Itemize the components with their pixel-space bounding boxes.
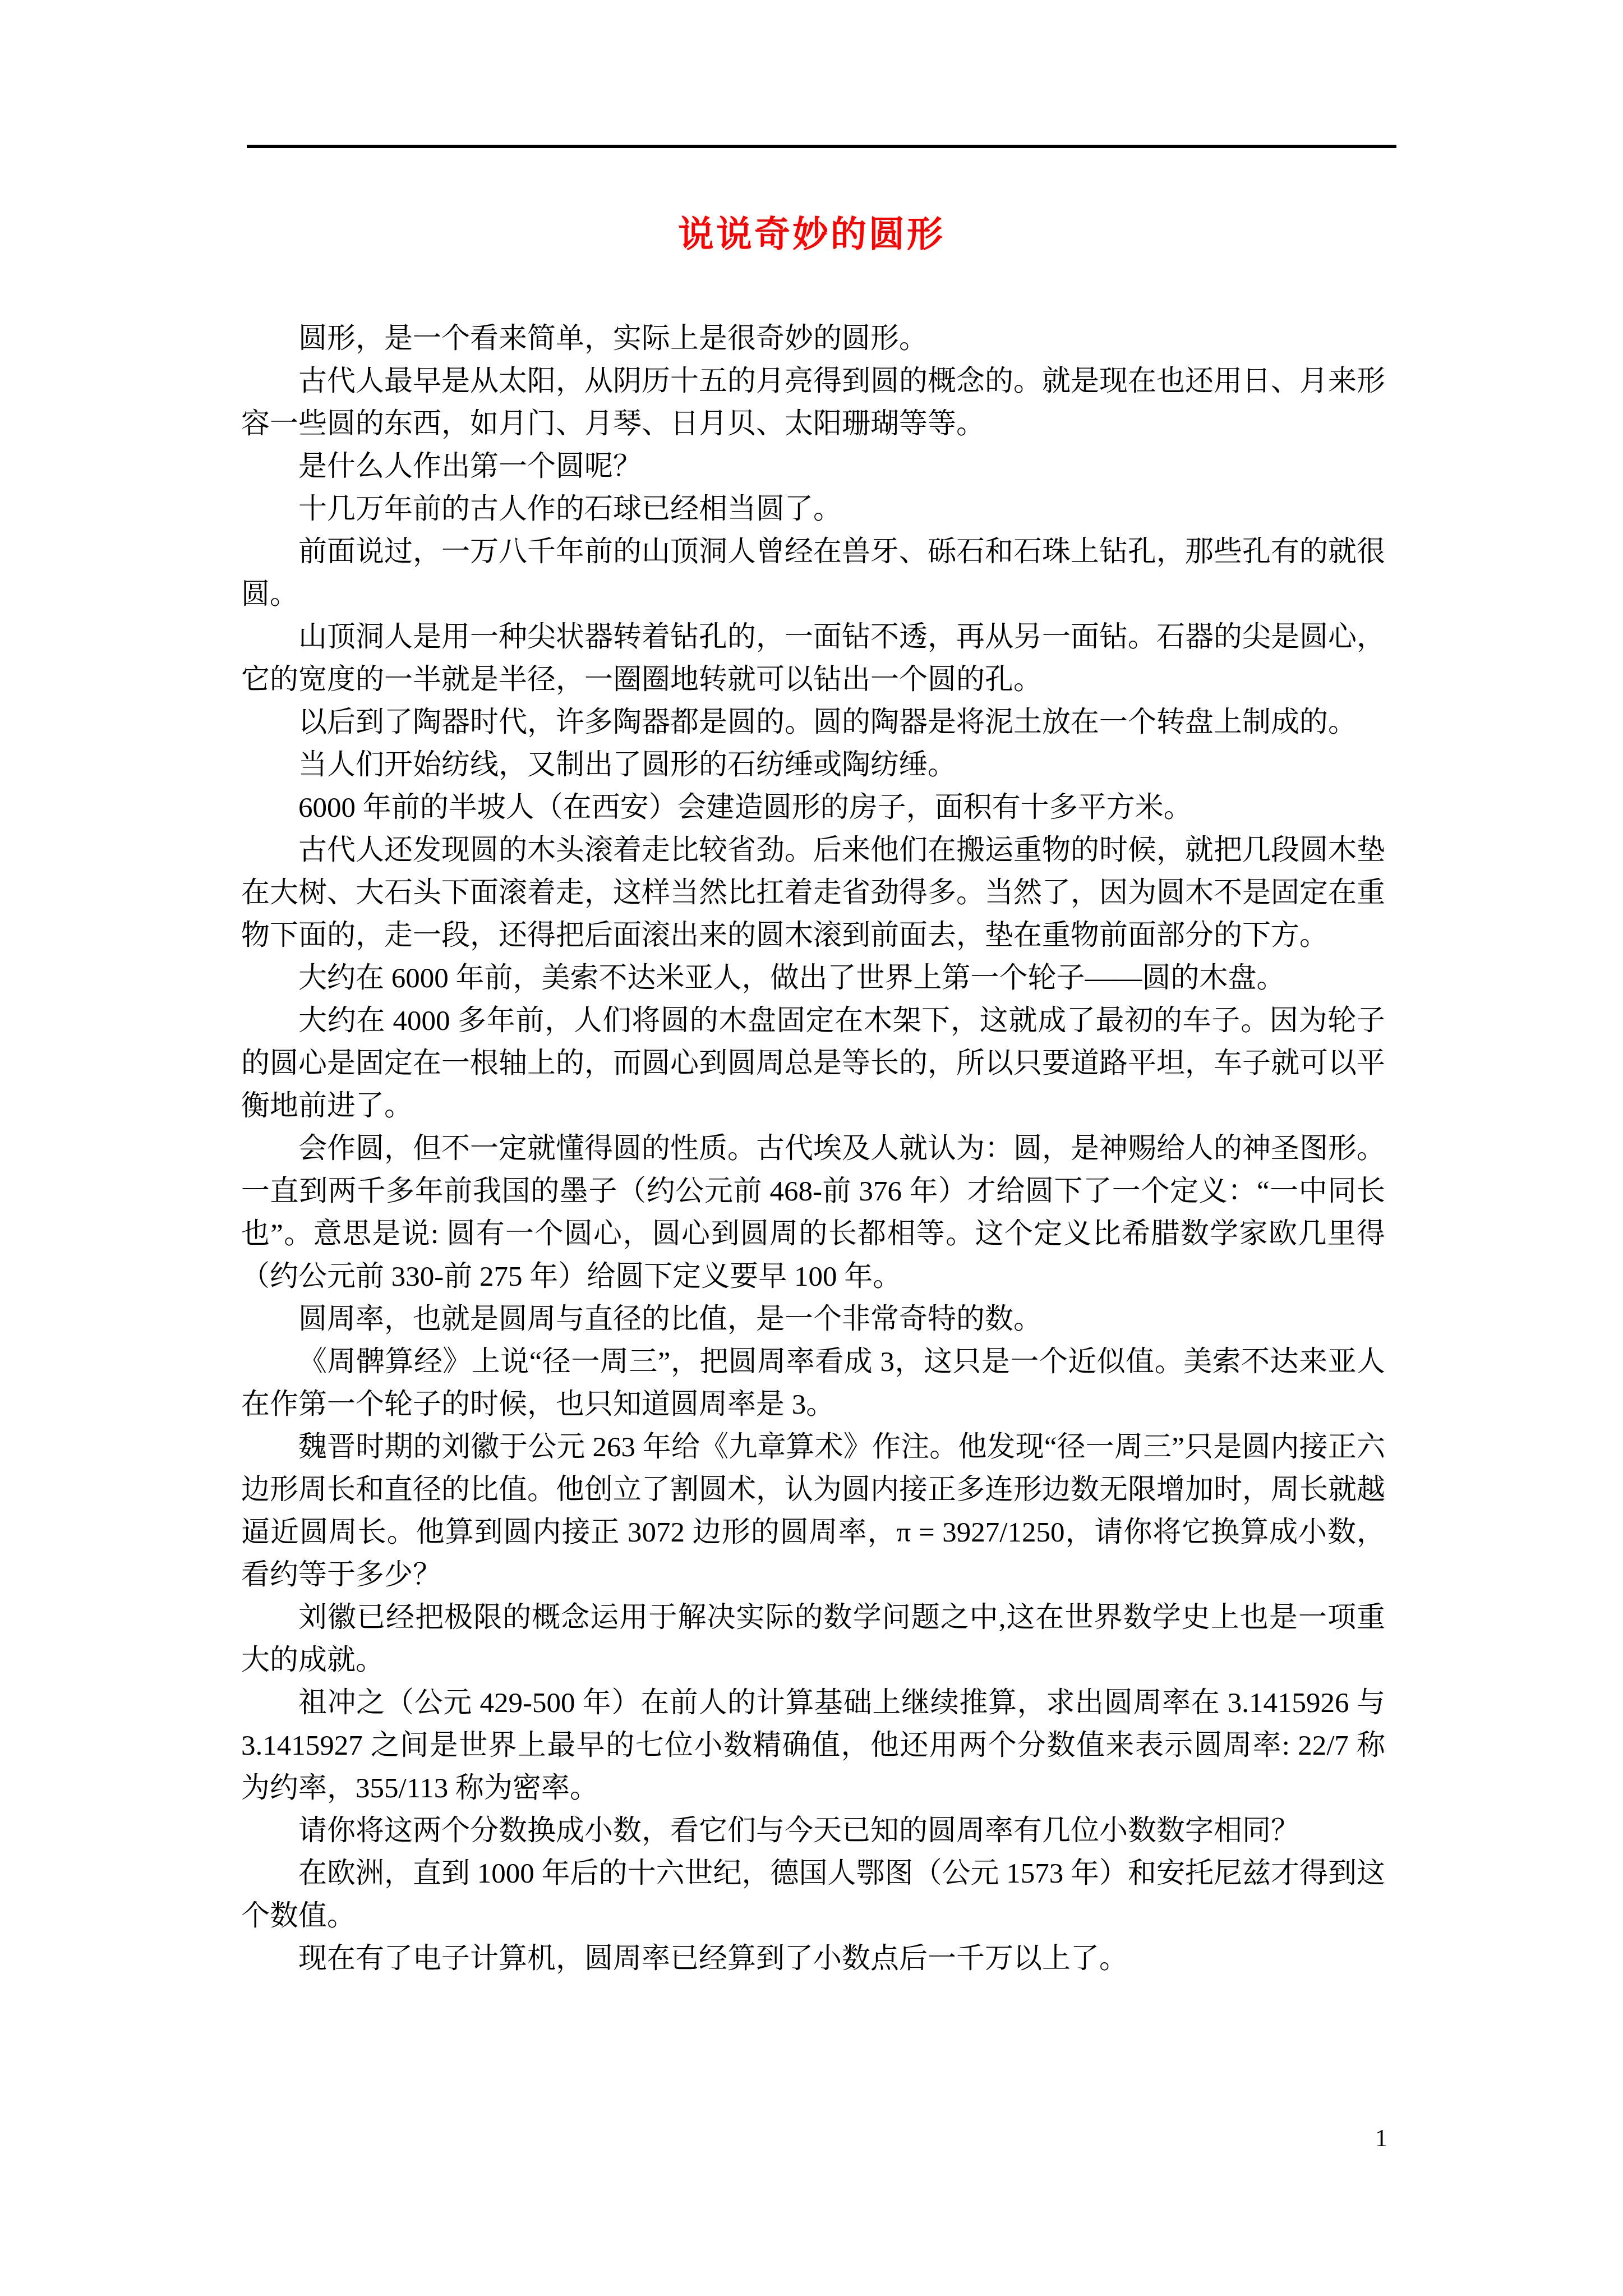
document-page: 说说奇妙的圆形 圆形，是一个看来简单，实际上是很奇妙的圆形。古代人最早是从太阳，… — [0, 0, 1623, 2296]
paragraph: 十几万年前的古人作的石球已经相当圆了。 — [241, 488, 1385, 531]
paragraph: 古代人还发现圆的木头滚着走比较省劲。后来他们在搬运重物的时候，就把几段圆木垫在大… — [241, 829, 1385, 957]
paragraph: 魏晋时期的刘徽于公元 263 年给《九章算术》作注。他发现“径一周三”只是圆内接… — [241, 1426, 1385, 1596]
paragraph: 《周髀算经》上说“径一周三”，把圆周率看成 3，这只是一个近似值。美索不达来亚人… — [241, 1341, 1385, 1426]
paragraph: 古代人最早是从太阳，从阴历十五的月亮得到圆的概念的。就是现在也还用日、月来形容一… — [241, 360, 1385, 445]
paragraph: 大约在 6000 年前，美索不达米亚人，做出了世界上第一个轮子——圆的木盘。 — [241, 957, 1385, 1000]
paragraph: 圆形，是一个看来简单，实际上是很奇妙的圆形。 — [241, 318, 1385, 360]
paragraph: 现在有了电子计算机，圆周率已经算到了小数点后一千万以上了。 — [241, 1938, 1385, 1980]
document-title: 说说奇妙的圆形 — [0, 211, 1623, 258]
paragraph: 当人们开始纺线，又制出了圆形的石纺缍或陶纺缍。 — [241, 744, 1385, 786]
paragraph: 在欧洲，直到 1000 年后的十六世纪，德国人鄂图（公元 1573 年）和安托尼… — [241, 1852, 1385, 1938]
paragraph: 请你将这两个分数换成小数，看它们与今天已知的圆周率有几位小数数字相同？ — [241, 1810, 1385, 1852]
paragraph: 刘徽已经把极限的概念运用于解决实际的数学问题之中,这在世界数学史上也是一项重大的… — [241, 1596, 1385, 1682]
header-rule — [247, 145, 1396, 148]
paragraph: 是什么人作出第一个圆呢？ — [241, 445, 1385, 488]
paragraph: 6000 年前的半坡人（在西安）会建造圆形的房子，面积有十多平方米。 — [241, 786, 1385, 829]
page-number: 1 — [1375, 2124, 1387, 2153]
paragraph: 大约在 4000 多年前，人们将圆的木盘固定在木架下，这就成了最初的车子。因为轮… — [241, 1000, 1385, 1128]
document-body: 圆形，是一个看来简单，实际上是很奇妙的圆形。古代人最早是从太阳，从阴历十五的月亮… — [241, 318, 1385, 1980]
paragraph: 祖冲之（公元 429-500 年）在前人的计算基础上继续推算，求出圆周率在 3.… — [241, 1682, 1385, 1810]
paragraph: 山顶洞人是用一种尖状器转着钻孔的，一面钻不透，再从另一面钻。石器的尖是圆心，它的… — [241, 616, 1385, 701]
paragraph: 会作圆，但不一定就懂得圆的性质。古代埃及人就认为：圆，是神赐给人的神圣图形。一直… — [241, 1128, 1385, 1298]
paragraph: 以后到了陶器时代，许多陶器都是圆的。圆的陶器是将泥土放在一个转盘上制成的。 — [241, 701, 1385, 744]
paragraph: 前面说过，一万八千年前的山顶洞人曾经在兽牙、砾石和石珠上钻孔，那些孔有的就很圆。 — [241, 531, 1385, 616]
paragraph: 圆周率，也就是圆周与直径的比值，是一个非常奇特的数。 — [241, 1298, 1385, 1341]
